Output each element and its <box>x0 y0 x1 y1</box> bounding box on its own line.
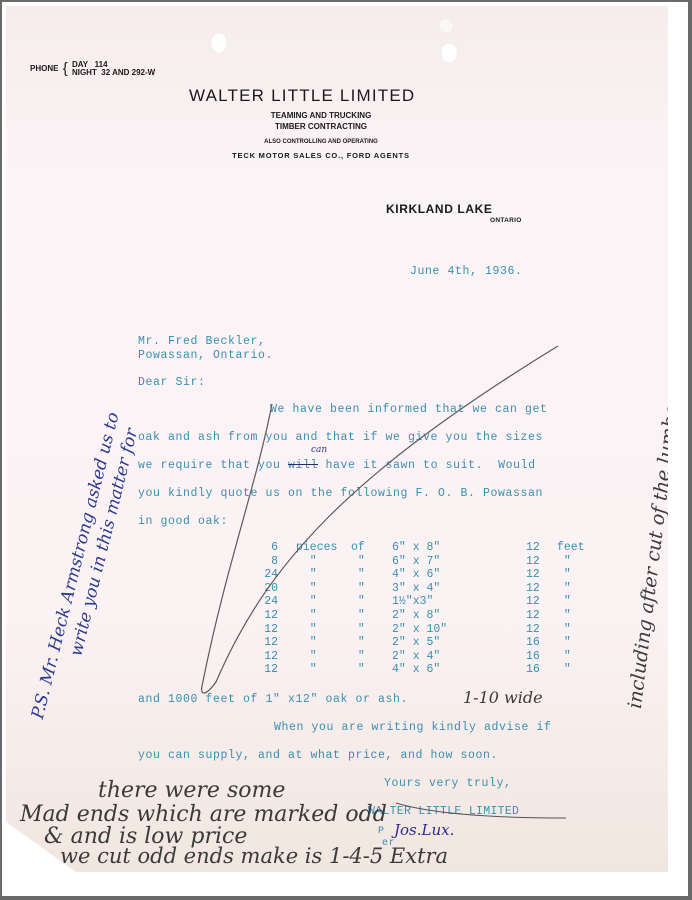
handwritten-width-note: 1-10 wide <box>463 688 543 707</box>
letter-page: PHONE { DAY 114 NIGHT 32 AND 292-W WALTE… <box>6 6 668 872</box>
handwritten-signature: Jos.Lux. <box>394 821 454 839</box>
handwritten-correction: can <box>311 445 327 455</box>
handwritten-bottom-note: there were some <box>98 778 285 803</box>
document-frame: PHONE { DAY 114 NIGHT 32 AND 292-W WALTE… <box>2 2 688 896</box>
handwritten-bottom-note: we cut odd ends make is 1-4-5 Extra <box>60 844 448 868</box>
